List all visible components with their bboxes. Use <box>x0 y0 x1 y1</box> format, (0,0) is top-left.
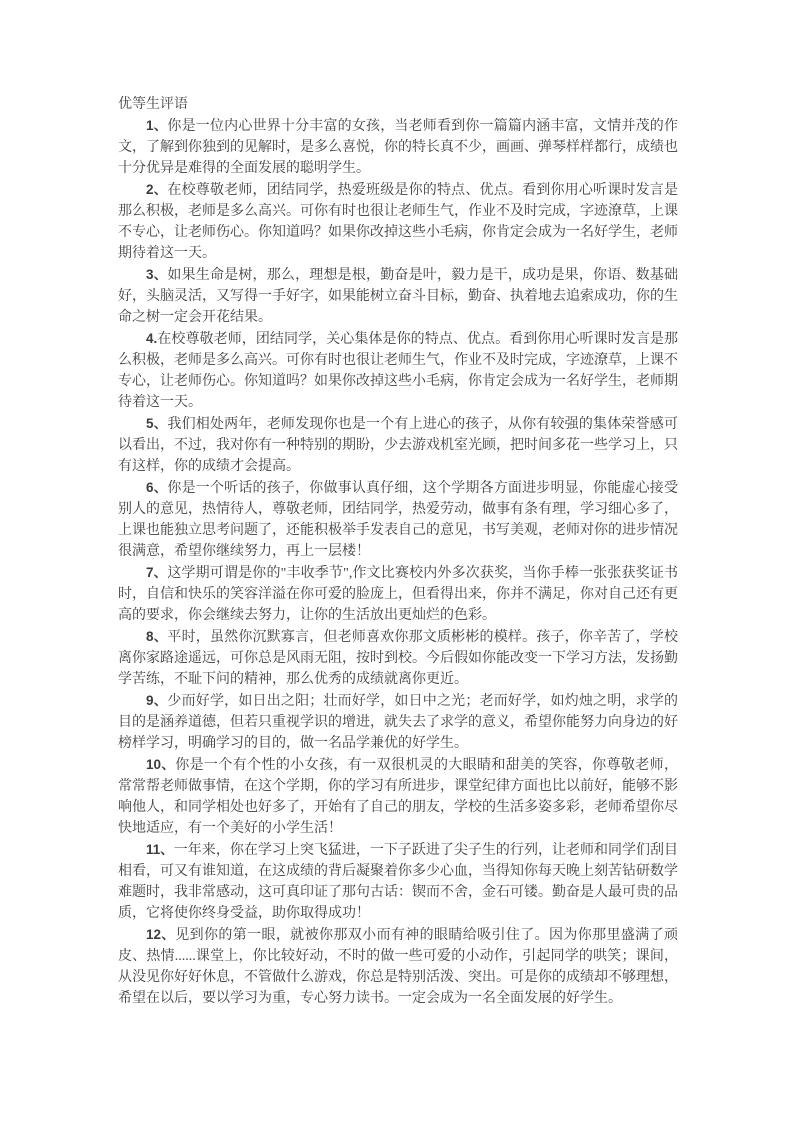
paragraph-4-text: 在校尊敬老师，团结同学，关心集体是你的特点、优点。看到你用心听课时发言是那么积极… <box>118 332 678 410</box>
paragraph-3-text: 如果生命是树，那么，理想是根，勤奋是叶，毅力是干，成功是果，你语、数基础好，头脑… <box>118 268 678 325</box>
paragraph-5: 5、我们相处两年，老师发现你也是一个有上进心的孩子，从你有较强的集体荣誉感可以看… <box>118 413 678 477</box>
paragraph-12-text: 见到你的第一眼，就被你那双小而有神的眼睛给吸引住了。因为你那里盛满了顽皮、热情.… <box>118 928 678 1006</box>
paragraph-4-number: 4. <box>146 331 157 346</box>
paragraph-11-text: 一年来，你在学习上突飞猛进，一下子跃进了尖子生的行列，让老师和同学们刮目相看，可… <box>118 843 678 921</box>
paragraph-1-text: 你是一位内心世界十分丰富的女孩，当老师看到你一篇篇内涵丰富，文情并茂的作文，了解… <box>118 119 678 176</box>
paragraph-10: 10、你是一个有个性的小女孩，有一双很机灵的大眼睛和甜美的笑容，你尊敬老师，常常… <box>118 754 678 839</box>
paragraph-2: 2、在校尊敬老师，团结同学，热爱班级是你的特点、优点。看到你用心听课时发言是那么… <box>118 179 678 264</box>
document-page: 优等生评语 1、你是一位内心世界十分丰富的女孩，当老师看到你一篇篇内涵丰富，文情… <box>0 0 793 1122</box>
paragraph-12: 12、见到你的第一眼，就被你那双小而有神的眼睛给吸引住了。因为你那里盛满了顽皮、… <box>118 924 678 1009</box>
paragraph-4: 4.在校尊敬老师，团结同学，关心集体是你的特点、优点。看到你用心听课时发言是那么… <box>118 328 678 413</box>
paragraph-8-text: 平时，虽然你沉默寡言，但老师喜欢你那文质彬彬的模样。孩子，你辛苦了，学校离你家路… <box>118 630 678 687</box>
paragraph-3: 3、如果生命是树，那么，理想是根，勤奋是叶，毅力是干，成功是果，你语、数基础好，… <box>118 264 678 328</box>
paragraph-10-number: 10、 <box>146 757 175 772</box>
paragraph-5-text: 我们相处两年，老师发现你也是一个有上进心的孩子，从你有较强的集体荣誉感可以看出，… <box>118 417 678 474</box>
paragraph-3-number: 3、 <box>146 267 167 282</box>
paragraph-6-text: 你是一个听话的孩子，你做事认真仔细，这个学期各方面进步明显，你能虚心接受别人的意… <box>118 481 678 559</box>
paragraph-6: 6、你是一个听话的孩子，你做事认真仔细，这个学期各方面进步明显，你能虚心接受别人… <box>118 477 678 562</box>
paragraph-2-number: 2、 <box>146 182 167 197</box>
paragraph-7: 7、这学期可谓是你的"丰收季节",作文比赛校内外多次获奖，当你手棒一张张获奖证书… <box>118 562 678 626</box>
paragraph-8-number: 8、 <box>146 629 167 644</box>
paragraph-7-text: 这学期可谓是你的"丰收季节",作文比赛校内外多次获奖，当你手棒一张张获奖证书时，… <box>118 566 678 623</box>
paragraph-9-number: 9、 <box>146 693 167 708</box>
paragraph-5-number: 5、 <box>146 416 167 431</box>
paragraph-6-number: 6、 <box>146 480 167 495</box>
paragraph-7-number: 7、 <box>146 565 167 580</box>
paragraph-8: 8、平时，虽然你沉默寡言，但老师喜欢你那文质彬彬的模样。孩子，你辛苦了，学校离你… <box>118 626 678 690</box>
paragraph-2-text: 在校尊敬老师，团结同学，热爱班级是你的特点、优点。看到你用心听课时发言是那么积极… <box>118 183 678 261</box>
paragraph-1: 1、你是一位内心世界十分丰富的女孩，当老师看到你一篇篇内涵丰富，文情并茂的作文，… <box>118 115 678 179</box>
paragraph-9: 9、少而好学，如日出之阳；壮而好学，如日中之光；老而好学，如灼烛之明，求学的目的… <box>118 690 678 754</box>
document-title: 优等生评语 <box>118 94 678 115</box>
paragraph-11: 11、一年来，你在学习上突飞猛进，一下子跃进了尖子生的行列，让老师和同学们刮目相… <box>118 839 678 924</box>
paragraph-9-text: 少而好学，如日出之阳；壮而好学，如日中之光；老而好学，如灼烛之明，求学的目的是涵… <box>118 694 678 751</box>
paragraph-11-number: 11、 <box>146 842 174 857</box>
paragraph-12-number: 12、 <box>146 927 175 942</box>
paragraph-1-number: 1、 <box>146 118 167 133</box>
paragraph-10-text: 你是一个有个性的小女孩，有一双很机灵的大眼睛和甜美的笑容，你尊敬老师，常常帮老师… <box>118 758 678 836</box>
